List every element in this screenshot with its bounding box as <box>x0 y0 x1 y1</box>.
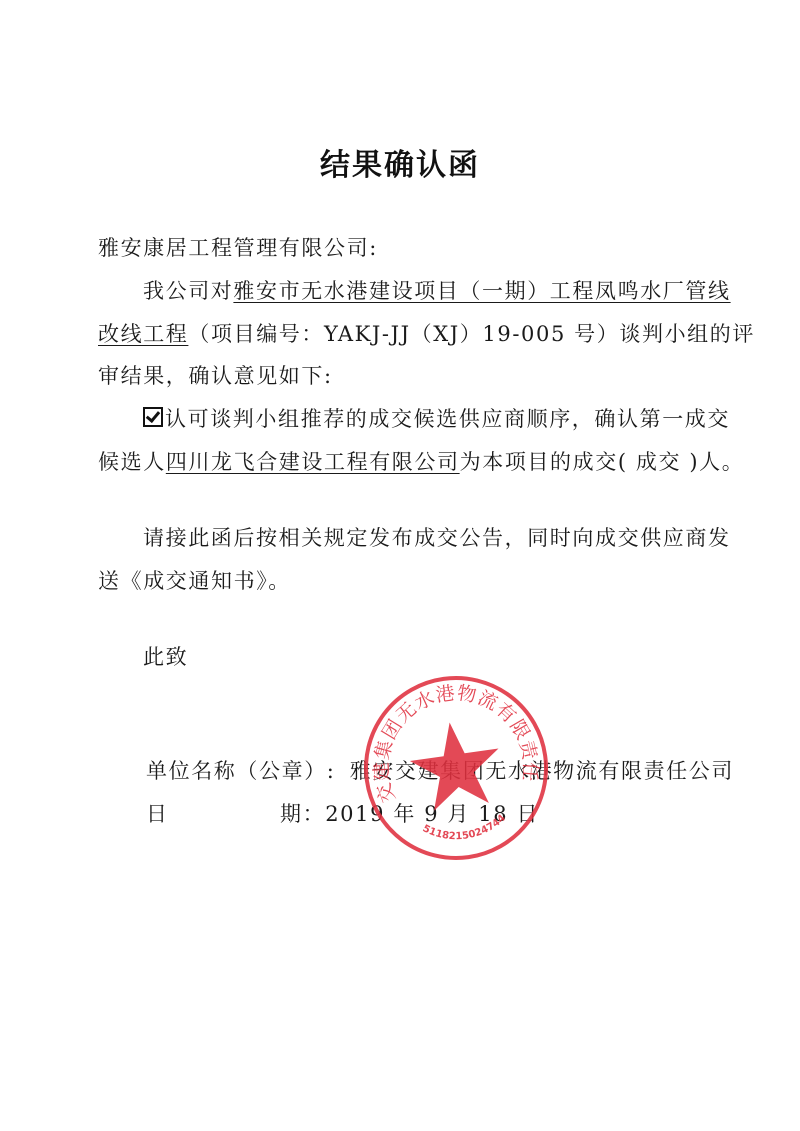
project-number-text: （项目编号：YAKJ-JJ（XJ）19-005 号）谈判小组的评 <box>188 322 755 346</box>
p1-prefix: 我公司对 <box>143 279 233 303</box>
project-name-part1: 雅安市无水港建设项目（一期）工程凤鸣水厂管线 <box>233 279 730 303</box>
paragraph1-line1: 我公司对雅安市无水港建设项目（一期）工程凤鸣水厂管线 <box>143 275 731 305</box>
addressee: 雅安康居工程管理有限公司: <box>98 232 378 262</box>
p2-text: 认可谈判小组推荐的成交候选供应商顺序，确认第一成交 <box>165 407 730 431</box>
paragraph3-line1: 请接此函后按相关规定发布成交公告，同时向成交供应商发 <box>143 522 731 552</box>
paragraph1-line2: 改线工程（项目编号：YAKJ-JJ（XJ）19-005 号）谈判小组的评 <box>98 318 755 348</box>
date-row: 期：2019 年 9 月 18 日 <box>280 798 539 828</box>
project-name-part2: 改线工程 <box>98 322 188 346</box>
paragraph2-line1: 认可谈判小组推荐的成交候选供应商顺序，确认第一成交 <box>143 403 730 433</box>
date-label: 期： <box>280 802 325 826</box>
unit-name-row: 单位名称（公章）: 雅安交建集团无水港物流有限责任公司 <box>146 755 734 785</box>
date-value: 2019 年 9 月 18 日 <box>325 802 539 826</box>
closing: 此致 <box>143 641 188 671</box>
unit-value: 雅安交建集团无水港物流有限责任公司 <box>350 759 734 783</box>
winning-company: 四川龙飞合建设工程有限公司 <box>166 450 460 474</box>
p2-prefix: 候选人 <box>98 450 166 474</box>
paragraph1-line3: 审结果，确认意见如下: <box>98 360 333 390</box>
paragraph2-line2: 候选人四川龙飞合建设工程有限公司为本项目的成交( 成交 )人。 <box>98 446 744 476</box>
document-title: 结果确认函 <box>0 140 800 184</box>
svg-text:雅安交建集团无水港物流有限责任公司: 雅安交建集团无水港物流有限责任公司 <box>360 672 544 809</box>
checked-checkbox-icon <box>143 407 163 427</box>
p2-suffix: 为本项目的成交( 成交 )人。 <box>460 450 745 474</box>
paragraph3-line2: 送《成交通知书》。 <box>98 565 291 595</box>
date-label-left: 日 <box>146 798 169 828</box>
unit-label: 单位名称（公章）: <box>146 759 335 783</box>
